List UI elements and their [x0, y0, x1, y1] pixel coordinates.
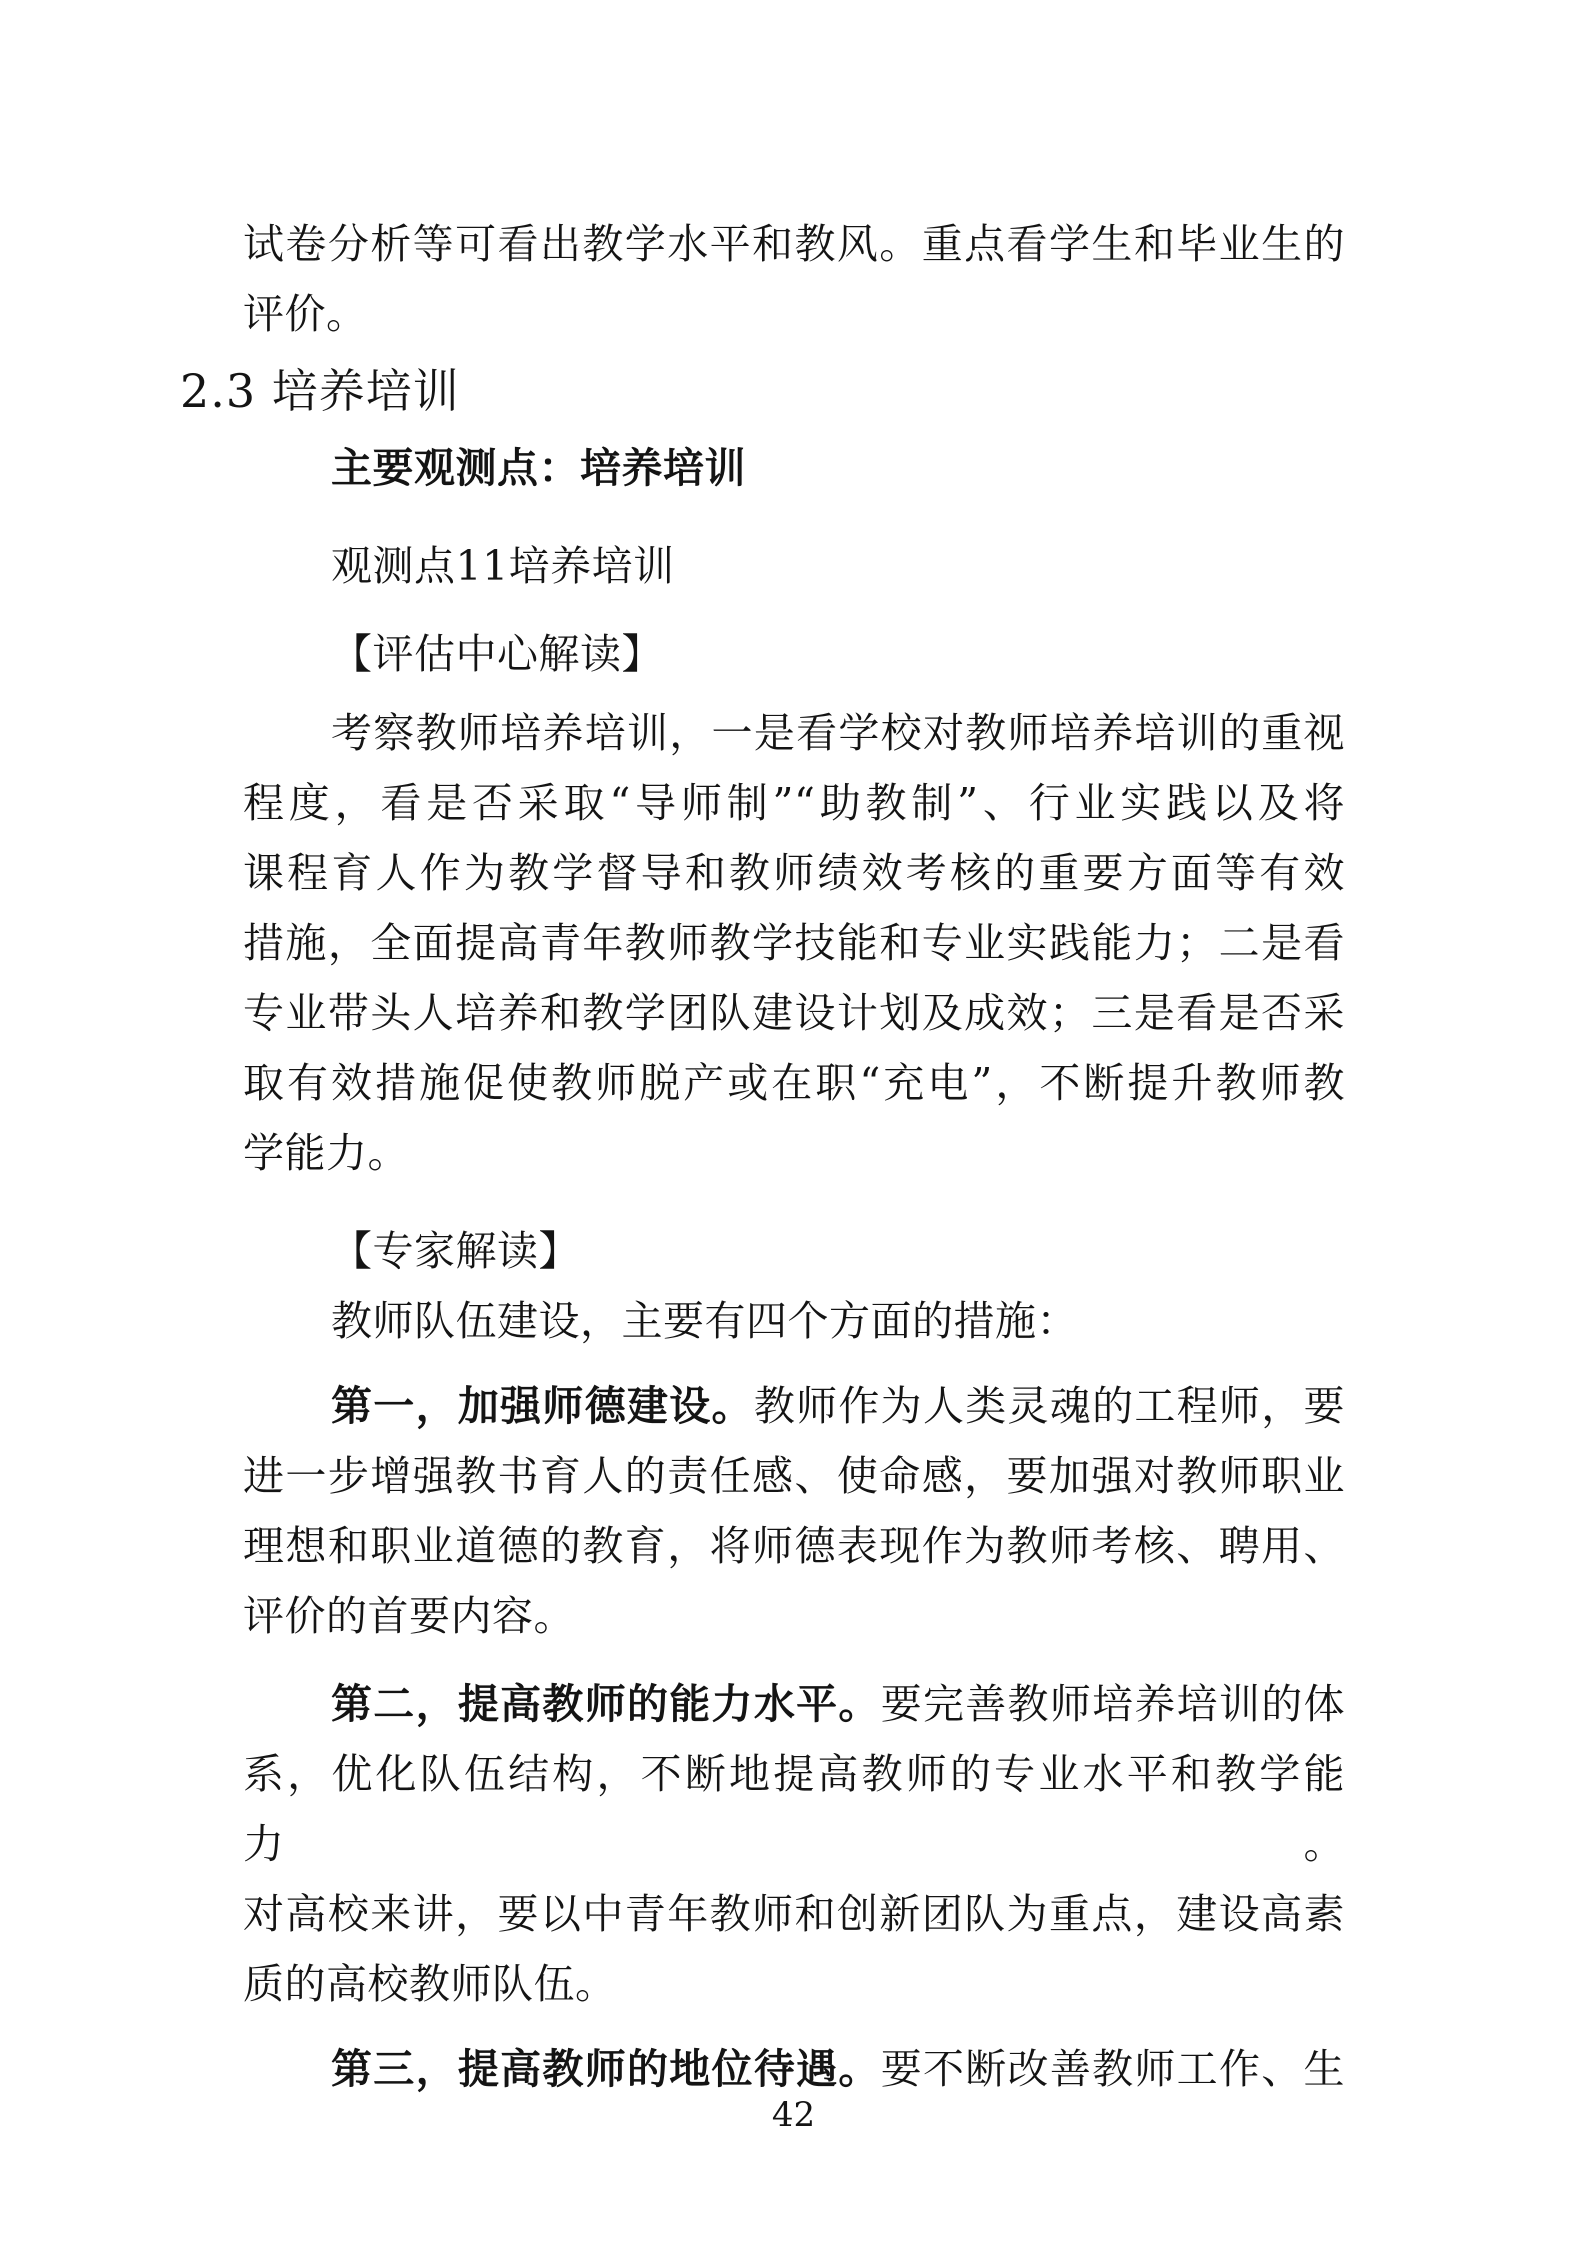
- text-segment: 【评估中心解读】: [331, 630, 663, 678]
- bold-text-segment: 第一，加强师德建设。: [331, 1382, 754, 1430]
- measure-1-line-3: 理想和职业道德的教育，将师德表现作为教师考核、聘用、: [243, 1511, 1345, 1581]
- text-segment: 2.3 培养培训: [180, 364, 460, 418]
- measure-1-line-2: 进一步增强教书育人的责任感、使命感，要加强对教师职业: [243, 1441, 1345, 1511]
- eval-paragraph-line-5: 专业带头人培养和教学团队建设计划及成效；三是看是否采: [243, 978, 1345, 1048]
- document-body: 试卷分析等可看出教学水平和教风。重点看学生和毕业生的评价。2.3 培养培训主要观…: [243, 209, 1345, 2104]
- observation-point-11: 观测点11培养培训: [243, 531, 1345, 601]
- text-segment: 程度，看是否采取“导师制”“助教制”、行业实践以及将: [243, 779, 1345, 827]
- prev-paragraph-line-2: 评价。: [243, 279, 1345, 349]
- text-segment: 对高校来讲，要以中青年教师和创新团队为重点，建设高素: [243, 1890, 1345, 1938]
- eval-paragraph-line-1: 考察教师培养培训，一是看学校对教师培养培训的重视: [243, 698, 1345, 768]
- text-segment: 试卷分析等可看出教学水平和教风。重点看学生和毕业生的: [243, 220, 1345, 268]
- text-segment: 理想和职业道德的教育，将师德表现作为教师考核、聘用、: [243, 1522, 1345, 1570]
- text-segment: 措施，全面提高青年教师教学技能和专业实践能力；二是看: [243, 919, 1345, 967]
- text-segment: 评价的首要内容。: [243, 1592, 575, 1640]
- text-segment: 要完善教师培养培训的体: [881, 1680, 1345, 1728]
- text-segment: 质的高校教师队伍。: [243, 1960, 617, 2008]
- text-segment: 专业带头人培养和教学团队建设计划及成效；三是看是否采: [243, 989, 1345, 1037]
- measure-2-line-4: 质的高校教师队伍。: [243, 1949, 1345, 2019]
- text-segment: 考察教师培养培训，一是看学校对教师培养培训的重视: [331, 709, 1345, 757]
- measure-2-line-3: 对高校来讲，要以中青年教师和创新团队为重点，建设高素: [243, 1879, 1345, 1949]
- measure-1-line-4: 评价的首要内容。: [243, 1581, 1345, 1651]
- bold-text-segment: 第二，提高教师的能力水平。: [331, 1680, 881, 1728]
- section-heading: 2.3 培养培训: [180, 356, 1345, 426]
- text-segment: 【专家解读】: [331, 1227, 580, 1275]
- text-segment: 评价。: [243, 290, 368, 338]
- measure-1-line-1: 第一，加强师德建设。教师作为人类灵魂的工程师，要: [243, 1371, 1345, 1441]
- label-evaluation-center-interpretation: 【评估中心解读】: [243, 619, 1345, 689]
- label-expert-interpretation: 【专家解读】: [243, 1216, 1345, 1286]
- text-segment: 进一步增强教书育人的责任感、使命感，要加强对教师职业: [243, 1452, 1345, 1500]
- bold-text-segment: 主要观测点：培养培训: [331, 444, 746, 492]
- prev-paragraph-line-1: 试卷分析等可看出教学水平和教风。重点看学生和毕业生的: [243, 209, 1345, 279]
- text-segment: 取有效措施促使教师脱产或在职“充电”，不断提升教师教: [243, 1059, 1345, 1107]
- text-segment: 教师队伍建设，主要有四个方面的措施：: [331, 1297, 1078, 1345]
- text-segment: 教师作为人类灵魂的工程师，要: [754, 1382, 1345, 1430]
- eval-paragraph-line-3: 课程育人作为教学督导和教师绩效考核的重要方面等有效: [243, 838, 1345, 908]
- eval-paragraph-line-7: 学能力。: [243, 1118, 1345, 1188]
- text-segment: 观测点11培养培训: [331, 542, 675, 590]
- document-page: 试卷分析等可看出教学水平和教风。重点看学生和毕业生的评价。2.3 培养培训主要观…: [0, 0, 1587, 2245]
- measure-2-line-1: 第二，提高教师的能力水平。要完善教师培养培训的体: [243, 1669, 1345, 1739]
- measure-2-line-2: 系，优化队伍结构，不断地提高教师的专业水平和教学能力。: [243, 1739, 1345, 1879]
- text-segment: 学能力。: [243, 1129, 409, 1177]
- page-number: 42: [0, 2080, 1587, 2150]
- eval-paragraph-line-6: 取有效措施促使教师脱产或在职“充电”，不断提升教师教: [243, 1048, 1345, 1118]
- eval-paragraph-line-2: 程度，看是否采取“导师制”“助教制”、行业实践以及将: [243, 768, 1345, 838]
- main-observation-point: 主要观测点：培养培训: [243, 433, 1345, 503]
- eval-paragraph-line-4: 措施，全面提高青年教师教学技能和专业实践能力；二是看: [243, 908, 1345, 978]
- expert-intro-line: 教师队伍建设，主要有四个方面的措施：: [243, 1286, 1345, 1356]
- text-segment: 课程育人作为教学督导和教师绩效考核的重要方面等有效: [243, 849, 1345, 897]
- text-segment: 系，优化队伍结构，不断地提高教师的专业水平和教学能力。: [243, 1750, 1345, 1868]
